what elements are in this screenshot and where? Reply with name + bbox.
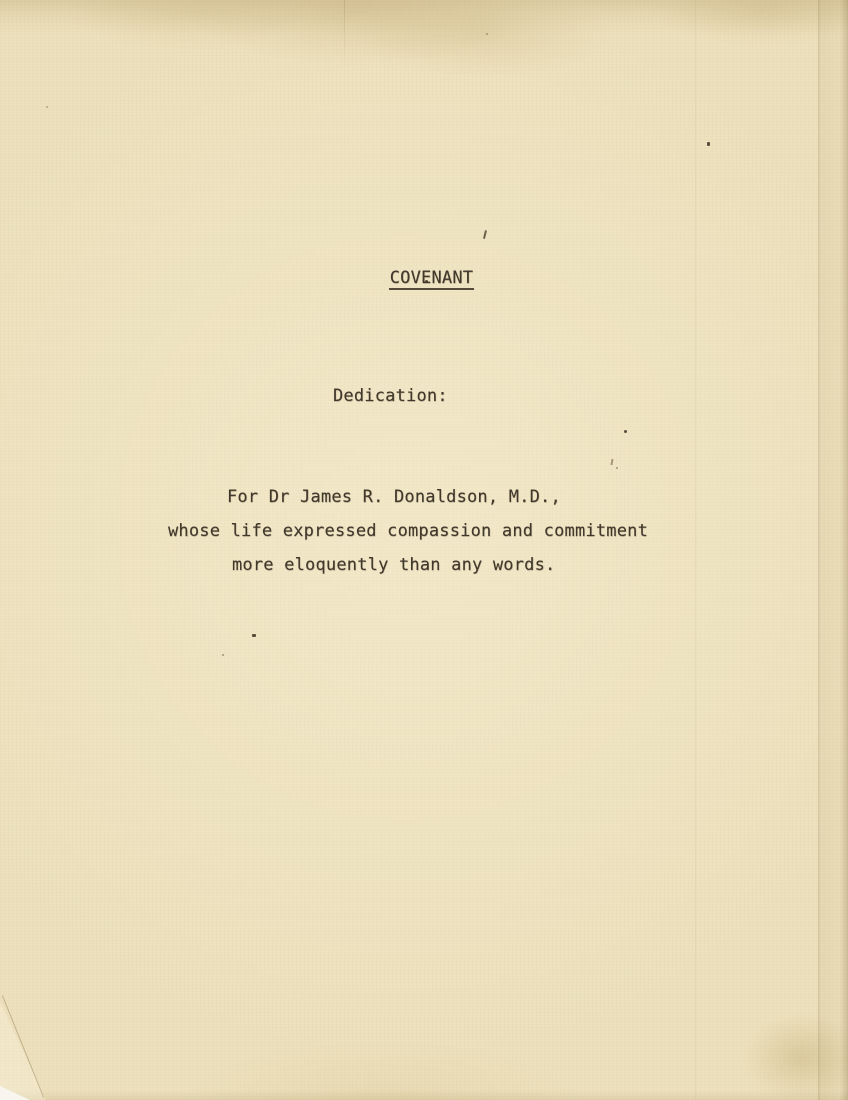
pen-tick-mark [483,230,487,239]
faint-tick-mark [610,459,613,465]
paper-speck [46,106,48,108]
ink-speck [707,142,710,146]
right-edge-shading [821,0,848,1100]
vertical-crease-top [344,0,345,70]
document-title-text: COVENANT [389,268,474,290]
dedication-line-2: whose life expressed compassion and comm… [168,521,648,541]
faint-dot-mark [616,467,618,469]
ink-speck [624,430,627,433]
dedication-line-3: more eloquently than any words. [232,555,555,575]
dedication-line-1: For Dr James R. Donaldson, M.D., [227,487,561,507]
dedication-heading: Dedication: [333,386,448,406]
paper-speck [222,654,224,656]
ink-speck [252,634,256,637]
vertical-crease-center [695,0,697,1100]
scanned-manuscript-page: COVENANT Dedication: For Dr James R. Don… [0,0,848,1100]
document-title: COVENANT [347,248,474,310]
paper-speck [486,33,488,35]
